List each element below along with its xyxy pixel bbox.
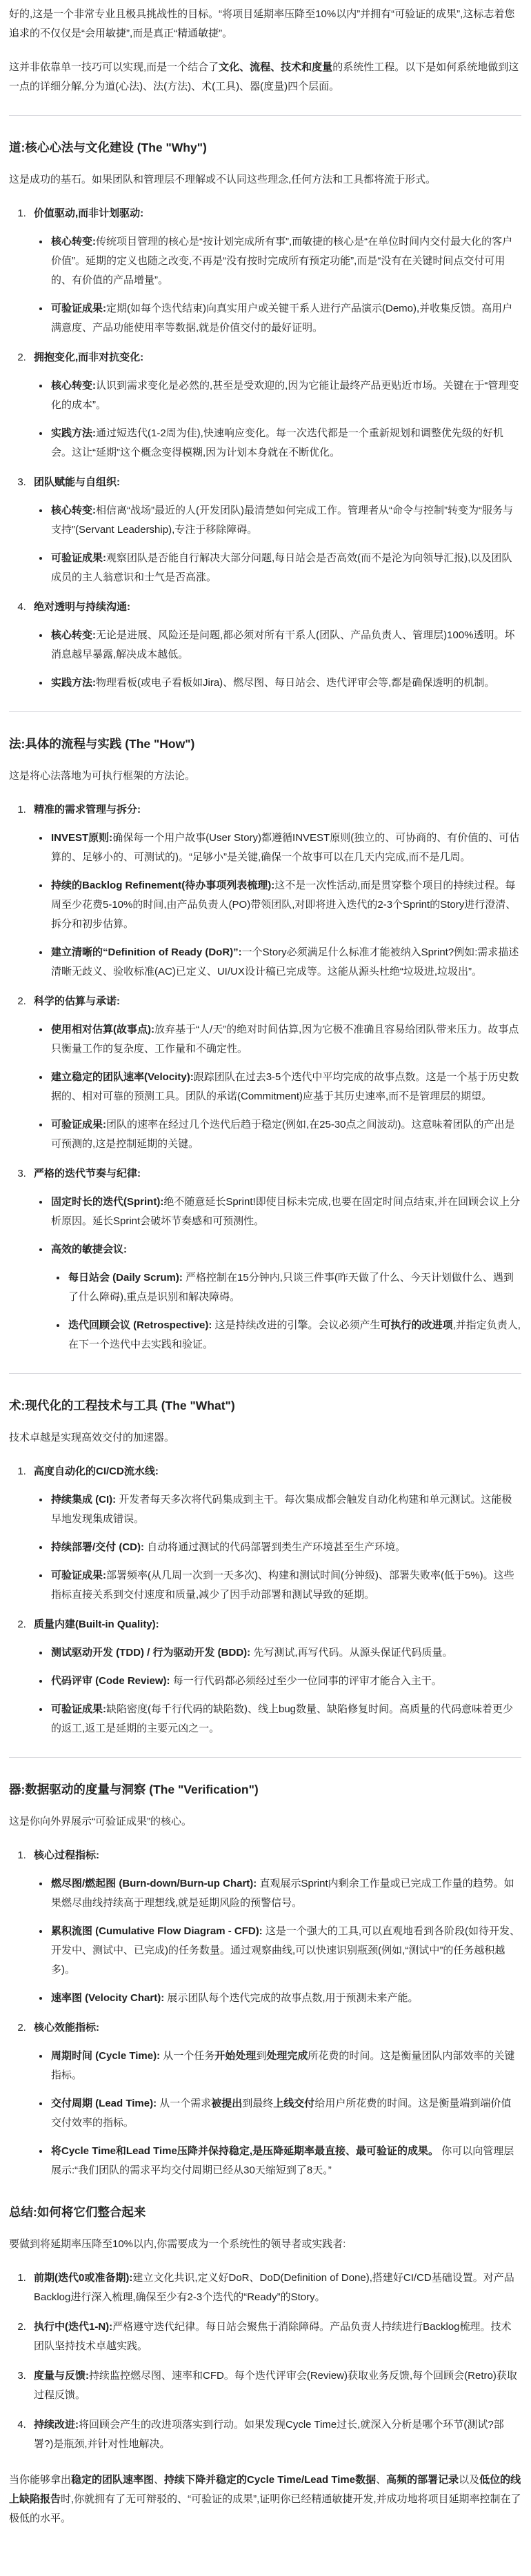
- list-item-text: 测试驱动开发 (TDD) / 行为驱动开发 (BDD): 先写测试,再写代码。从…: [51, 1647, 452, 1659]
- text-segment: 这是持续改进的引擎。会议必须产生: [215, 1319, 381, 1331]
- list-item-text: 度量与反馈:持续监控燃尽图、速率和CFD。每个迭代评审会(Review)获取业务…: [34, 2370, 517, 2401]
- bold-text: 高频的部署记录: [386, 2474, 459, 2486]
- ordered-list: 高度自动化的CI/CD流水线:持续集成 (CI): 开发者每天多次将代码集成到主…: [9, 1462, 521, 1738]
- bold-text: 拥抱变化,而非对抗变化:: [34, 352, 143, 363]
- text-segment: 开发者每天多次将代码集成到主干。每次集成都会触发自动化构建和单元测试。这能极早地…: [51, 1494, 512, 1525]
- section-heading: 道:核心心法与文化建设 (The "Why"): [9, 139, 521, 156]
- list-item: 绝对透明与持续沟通:核心转变:无论是进展、风险还是问题,都必须对所有干系人(团队…: [29, 598, 521, 693]
- bold-text: 上线交付: [273, 2098, 314, 2109]
- list-item-text: 核心转变:无论是进展、风险还是问题,都必须对所有干系人(团队、产品负责人、管理层…: [51, 629, 515, 660]
- text-segment: 定期(如每个迭代结束)向真实用户或关键干系人进行产品演示(Demo),并收集反馈…: [51, 303, 512, 334]
- text-segment: 每一行代码都必须经过至少一位同事的评审才能合入主干。: [173, 1675, 442, 1687]
- bullet-item: 可验证成果:团队的速率在经过几个迭代后趋于稳定(例如,在25-30点之间波动)。…: [50, 1115, 521, 1154]
- bullet-item: 实践方法:物理看板(或电子看板如Jira)、燃尽图、每日站会、迭代评审会等,都是…: [50, 673, 521, 693]
- bold-text: 度量与反馈:: [34, 2370, 89, 2382]
- paragraph: 技术卓越是实现高效交付的加速器。: [9, 1428, 521, 1448]
- bold-text: 可验证成果:: [51, 552, 106, 564]
- bullet-item: 可验证成果:部署频率(从几周一次到一天多次)、构建和测试时间(分钟级)、部署失败…: [50, 1566, 521, 1605]
- list-item: 核心效能指标:周期时间 (Cycle Time): 从一个任务开始处理到处理完成…: [29, 2018, 521, 2180]
- text-segment: 团队的速率在经过几个迭代后趋于稳定(例如,在25-30点之间波动)。这意味着团队…: [51, 1119, 515, 1150]
- text-segment: 缺陷密度(每千行代码的缺陷数)、线上bug数量、缺陷修复时间。高质量的代码意味着…: [51, 1703, 513, 1734]
- bullet-item: INVEST原则:确保每一个用户故事(User Story)都遵循INVEST原…: [50, 829, 521, 867]
- paragraph: 好的,这是一个非常专业且极具挑战性的目标。“将项目延期率压降至10%以内”并拥有…: [9, 5, 521, 43]
- text-segment: 确保每一个用户故事(User Story)都遵循INVEST原则(独立的、可协商…: [51, 832, 519, 863]
- bold-text: 团队赋能与自组织:: [34, 476, 120, 488]
- bullet-item: 核心转变:无论是进展、风险还是问题,都必须对所有干系人(团队、产品负责人、管理层…: [50, 626, 521, 665]
- list-item-text: 使用相对估算(故事点):放弃基于“人/天”的绝对时间估算,因为它极不准确且容易给…: [51, 1024, 519, 1055]
- list-item-text: 持续部署/交付 (CD): 自动将通过测试的代码部署到类生产环境甚至生产环境。: [51, 1541, 405, 1553]
- list-item-text: 速率图 (Velocity Chart): 展示团队每个迭代完成的故事点数,用于…: [51, 1992, 419, 2004]
- bold-text: 实践方法:: [51, 427, 96, 439]
- bullet-item: 使用相对估算(故事点):放弃基于“人/天”的绝对时间估算,因为它极不准确且容易给…: [50, 1020, 521, 1059]
- bullet-item: 核心转变:认识到需求变化是必然的,甚至是受欢迎的,因为它能让最终产品更贴近市场。…: [50, 376, 521, 415]
- document: 好的,这是一个非常专业且极具挑战性的目标。“将项目延期率压降至10%以内”并拥有…: [0, 0, 531, 2576]
- text-segment: 相信离“战场”最近的人(开发团队)最清楚如何完成工作。管理者从“命令与控制”转变…: [51, 505, 513, 536]
- text-segment: 传统项目管理的核心是“按计划完成所有事”,而敏捷的核心是“在单位时间内交付最大化…: [51, 236, 512, 286]
- bold-text: 核心转变:: [51, 629, 96, 641]
- bold-text: 持续改进:: [34, 2419, 79, 2431]
- bold-text: 前期(迭代0或准备期):: [34, 2272, 132, 2284]
- bullet-list: 核心转变:认识到需求变化是必然的,甚至是受欢迎的,因为它能让最终产品更贴近市场。…: [34, 376, 521, 463]
- list-item-text: 持续改进:将回顾会产生的改进项落实到行动。如果发现Cycle Time过长,就深…: [34, 2419, 504, 2450]
- list-item-text: 严格的迭代节奏与纪律:: [34, 1168, 141, 1179]
- text-segment: 总结:如何将它们整合起来: [9, 2205, 146, 2219]
- bold-text: 核心过程指标:: [34, 1849, 99, 1861]
- text-segment: 从一个任务: [163, 2050, 214, 2062]
- text-segment: 持续监控燃尽图、速率和CFD。每个迭代评审会(Review)获取业务反馈,每个回…: [34, 2370, 517, 2401]
- bold-text: 可验证成果:: [51, 1119, 106, 1130]
- list-item-text: 实践方法:通过短迭代(1-2周为佳),快速响应变化。每一次迭代都是一个重新规划和…: [51, 427, 503, 458]
- paragraph: 这是将心法落地为可执行框架的方法论。: [9, 767, 521, 786]
- bold-text: 交付周期 (Lead Time):: [51, 2098, 159, 2109]
- bullet-item: 建立稳定的团队速率(Velocity):跟踪团队在过去3-5个迭代中平均完成的故…: [50, 1068, 521, 1106]
- text-segment: 、: [376, 2474, 386, 2486]
- list-item-text: 可验证成果:缺陷密度(每千行代码的缺陷数)、线上bug数量、缺陷修复时间。高质量…: [51, 1703, 513, 1734]
- list-item-text: 实践方法:物理看板(或电子看板如Jira)、燃尽图、每日站会、迭代评审会等,都是…: [51, 677, 494, 689]
- bold-text: 处理完成: [266, 2050, 308, 2062]
- bullet-item: 速率图 (Velocity Chart): 展示团队每个迭代完成的故事点数,用于…: [50, 1989, 521, 2008]
- list-item-text: 拥抱变化,而非对抗变化:: [34, 352, 143, 363]
- list-item-text: 核心转变:认识到需求变化是必然的,甚至是受欢迎的,因为它能让最终产品更贴近市场。…: [51, 380, 519, 411]
- list-item-text: 可验证成果:观察团队是否能自行解决大部分问题,每日站会是否高效(而不是沦为向领导…: [51, 552, 512, 583]
- text-segment: 无论是进展、风险还是问题,都必须对所有干系人(团队、产品负责人、管理层)100%…: [51, 629, 515, 660]
- bullet-item: 迭代回顾会议 (Retrospective): 这是持续改进的引擎。会议必须产生…: [67, 1316, 521, 1355]
- bold-text: 每日站会 (Daily Scrum):: [68, 1272, 186, 1284]
- list-item-text: 质量内建(Built-in Quality):: [34, 1619, 159, 1630]
- bullet-list: 持续集成 (CI): 开发者每天多次将代码集成到主干。每次集成都会触发自动化构建…: [34, 1490, 521, 1605]
- list-item-text: 周期时间 (Cycle Time): 从一个任务开始处理到处理完成所花费的时间。…: [51, 2050, 514, 2081]
- bold-text: 绝对透明与持续沟通:: [34, 601, 130, 613]
- bullet-item: 核心转变:传统项目管理的核心是“按计划完成所有事”,而敏捷的核心是“在单位时间内…: [50, 232, 521, 290]
- bullet-item: 可验证成果:观察团队是否能自行解决大部分问题,每日站会是否高效(而不是沦为向领导…: [50, 549, 521, 587]
- paragraph: 这是成功的基石。如果团队和管理层不理解或不认同这些理念,任何方法和工具都将流于形…: [9, 170, 521, 190]
- list-item-text: 核心转变:传统项目管理的核心是“按计划完成所有事”,而敏捷的核心是“在单位时间内…: [51, 236, 512, 286]
- bold-text: 科学的估算与承诺:: [34, 995, 120, 1007]
- bullet-list: 每日站会 (Daily Scrum): 严格控制在15分钟内,只谈三件事(昨天做…: [51, 1268, 521, 1355]
- bold-text: 核心转变:: [51, 236, 96, 247]
- bold-text: 持续集成 (CI):: [51, 1494, 119, 1505]
- list-item-text: 持续集成 (CI): 开发者每天多次将代码集成到主干。每次集成都会触发自动化构建…: [51, 1494, 512, 1525]
- ordered-list: 前期(迭代0或准备期):建立文化共识,定义好DoR、DoD(Definition…: [9, 2269, 521, 2454]
- bold-text: 稳定的团队速率图: [71, 2474, 154, 2486]
- text-segment: 这并非依靠单一技巧可以实现,而是一个结合了: [9, 61, 219, 73]
- text-segment: 要做到将延期率压降至10%以内,你需要成为一个系统性的领导者或实践者:: [9, 2238, 345, 2250]
- text-segment: 将回顾会产生的改进项落实到行动。如果发现Cycle Time过长,就深入分析是哪…: [34, 2419, 504, 2450]
- bullet-item: 核心转变:相信离“战场”最近的人(开发团队)最清楚如何完成工作。管理者从“命令与…: [50, 501, 521, 540]
- list-item-text: 迭代回顾会议 (Retrospective): 这是持续改进的引擎。会议必须产生…: [68, 1319, 521, 1350]
- list-item-text: 累积流图 (Cumulative Flow Diagram - CFD): 这是…: [51, 1925, 520, 1976]
- bullet-list: 测试驱动开发 (TDD) / 行为驱动开发 (BDD): 先写测试,再写代码。从…: [34, 1643, 521, 1738]
- text-segment: 当你能够拿出: [9, 2474, 71, 2486]
- bullet-item: 可验证成果:缺陷密度(每千行代码的缺陷数)、线上bug数量、缺陷修复时间。高质量…: [50, 1700, 521, 1738]
- bold-text: 速率图 (Velocity Chart):: [51, 1992, 167, 2004]
- list-item-text: 每日站会 (Daily Scrum): 严格控制在15分钟内,只谈三件事(昨天做…: [68, 1272, 514, 1303]
- bold-text: 可验证成果:: [51, 1570, 106, 1581]
- text-segment: 道:核心心法与文化建设 (The "Why"): [9, 141, 207, 154]
- list-item: 拥抱变化,而非对抗变化:核心转变:认识到需求变化是必然的,甚至是受欢迎的,因为它…: [29, 348, 521, 463]
- list-item: 持续改进:将回顾会产生的改进项落实到行动。如果发现Cycle Time过长,就深…: [29, 2415, 521, 2454]
- text-segment: 部署频率(从几周一次到一天多次)、构建和测试时间(分钟级)、部署失败率(低于5%…: [51, 1570, 514, 1601]
- list-item-text: 持续的Backlog Refinement(待办事项列表梳理):这不是一次性活动…: [51, 880, 516, 930]
- ordered-list: 价值驱动,而非计划驱动:核心转变:传统项目管理的核心是“按计划完成所有事”,而敏…: [9, 204, 521, 693]
- list-item-text: 建立清晰的“Definition of Ready (DoR)”:一个Story…: [51, 946, 519, 977]
- bold-text: 高度自动化的CI/CD流水线:: [34, 1466, 159, 1477]
- text-segment: 自动将通过测试的代码部署到类生产环境甚至生产环境。: [147, 1541, 405, 1553]
- bullet-item: 燃尽图/燃起图 (Burn-down/Burn-up Chart): 直观展示S…: [50, 1874, 521, 1913]
- text-segment: 从一个需求: [159, 2098, 211, 2109]
- list-item-text: 可验证成果:部署频率(从几周一次到一天多次)、构建和测试时间(分钟级)、部署失败…: [51, 1570, 514, 1601]
- bold-text: 核心转变:: [51, 505, 96, 516]
- text-segment: 到最终: [242, 2098, 273, 2109]
- bullet-item: 实践方法:通过短迭代(1-2周为佳),快速响应变化。每一次迭代都是一个重新规划和…: [50, 424, 521, 463]
- bullet-item: 高效的敏捷会议:每日站会 (Daily Scrum): 严格控制在15分钟内,只…: [50, 1240, 521, 1355]
- bold-text: 可验证成果:: [51, 303, 106, 314]
- list-item-text: 价值驱动,而非计划驱动:: [34, 207, 143, 219]
- bold-text: 严格的迭代节奏与纪律:: [34, 1168, 141, 1179]
- list-item-text: 核心效能指标:: [34, 2022, 99, 2034]
- bold-text: 代码评审 (Code Review):: [51, 1675, 173, 1687]
- bullet-item: 交付周期 (Lead Time): 从一个需求被提出到最终上线交付给用户所花费的…: [50, 2094, 521, 2133]
- list-item: 严格的迭代节奏与纪律:固定时长的迭代(Sprint):绝不随意延长Sprint!…: [29, 1164, 521, 1355]
- text-segment: 展示团队每个迭代完成的故事点数,用于预测未来产能。: [167, 1992, 418, 2004]
- section-heading: 术:现代化的工程技术与工具 (The "What"): [9, 1397, 521, 1414]
- text-segment: 观察团队是否能自行解决大部分问题,每日站会是否高效(而不是沦为向领导汇报),以及…: [51, 552, 512, 583]
- bold-text: 高效的敏捷会议:: [51, 1244, 127, 1255]
- list-item: 质量内建(Built-in Quality):测试驱动开发 (TDD) / 行为…: [29, 1615, 521, 1738]
- list-item: 核心过程指标:燃尽图/燃起图 (Burn-down/Burn-up Chart)…: [29, 1846, 521, 2008]
- bold-text: 执行中(迭代1-N):: [34, 2321, 112, 2333]
- bullet-item: 周期时间 (Cycle Time): 从一个任务开始处理到处理完成所花费的时间。…: [50, 2047, 521, 2085]
- bullet-item: 每日站会 (Daily Scrum): 严格控制在15分钟内,只谈三件事(昨天做…: [67, 1268, 521, 1307]
- bold-text: 持续下降并稳定的Cycle Time/Lead Time数据: [164, 2474, 376, 2486]
- list-item-text: 交付周期 (Lead Time): 从一个需求被提出到最终上线交付给用户所花费的…: [51, 2098, 511, 2129]
- bullet-list: 固定时长的迭代(Sprint):绝不随意延长Sprint!即使目标未完成,也要在…: [34, 1193, 521, 1355]
- list-item-text: 将Cycle Time和Lead Time压降并保持稳定,是压降延期率最直接、最…: [51, 2145, 514, 2176]
- divider: [9, 1757, 521, 1758]
- bold-text: 质量内建(Built-in Quality):: [34, 1619, 159, 1630]
- list-item-text: 核心转变:相信离“战场”最近的人(开发团队)最清楚如何完成工作。管理者从“命令与…: [51, 505, 513, 536]
- list-item-text: 高效的敏捷会议:: [51, 1244, 127, 1255]
- text-segment: 先写测试,再写代码。从源头保证代码质量。: [253, 1647, 452, 1659]
- bullet-list: 核心转变:无论是进展、风险还是问题,都必须对所有干系人(团队、产品负责人、管理层…: [34, 626, 521, 693]
- text-segment: 通过短迭代(1-2周为佳),快速响应变化。每一次迭代都是一个重新规划和调整优先级…: [51, 427, 503, 458]
- list-item-text: 高度自动化的CI/CD流水线:: [34, 1466, 159, 1477]
- list-item-text: 可验证成果:团队的速率在经过几个迭代后趋于稳定(例如,在25-30点之间波动)。…: [51, 1119, 515, 1150]
- bold-text: 核心效能指标:: [34, 2022, 99, 2034]
- bold-text: 将Cycle Time和Lead Time压降并保持稳定,是压降延期率最直接、最…: [51, 2145, 439, 2157]
- list-item: 前期(迭代0或准备期):建立文化共识,定义好DoR、DoD(Definition…: [29, 2269, 521, 2307]
- list-item-text: 精准的需求管理与拆分:: [34, 804, 141, 815]
- list-item-text: 核心过程指标:: [34, 1849, 99, 1861]
- text-segment: 物理看板(或电子看板如Jira)、燃尽图、每日站会、迭代评审会等,都是确保透明的…: [96, 677, 494, 689]
- list-item: 执行中(迭代1-N):严格遵守迭代纪律。每日站会聚焦于消除障碍。产品负责人持续进…: [29, 2318, 521, 2356]
- bold-text: 累积流图 (Cumulative Flow Diagram - CFD):: [51, 1925, 265, 1937]
- text-segment: 这是你向外界展示“可验证成果”的核心。: [9, 1816, 192, 1827]
- bullet-item: 持续的Backlog Refinement(待办事项列表梳理):这不是一次性活动…: [50, 876, 521, 934]
- list-item: 科学的估算与承诺:使用相对估算(故事点):放弃基于“人/天”的绝对时间估算,因为…: [29, 992, 521, 1154]
- bold-text: 核心转变:: [51, 380, 96, 392]
- bold-text: 燃尽图/燃起图 (Burn-down/Burn-up Chart):: [51, 1878, 259, 1889]
- text-segment: 认识到需求变化是必然的,甚至是受欢迎的,因为它能让最终产品更贴近市场。关键在于“…: [51, 380, 519, 411]
- bullet-list: INVEST原则:确保每一个用户故事(User Story)都遵循INVEST原…: [34, 829, 521, 982]
- list-item-text: 执行中(迭代1-N):严格遵守迭代纪律。每日站会聚焦于消除障碍。产品负责人持续进…: [34, 2321, 512, 2352]
- list-item: 高度自动化的CI/CD流水线:持续集成 (CI): 开发者每天多次将代码集成到主…: [29, 1462, 521, 1605]
- bold-text: 周期时间 (Cycle Time):: [51, 2050, 163, 2062]
- bold-text: 文化、流程、技术和度量: [219, 61, 332, 73]
- text-segment: 器:数据驱动的度量与洞察 (The "Verification"): [9, 1783, 259, 1796]
- bold-text: 固定时长的迭代(Sprint):: [51, 1196, 163, 1208]
- list-item-text: 绝对透明与持续沟通:: [34, 601, 130, 613]
- bullet-item: 固定时长的迭代(Sprint):绝不随意延长Sprint!即使目标未完成,也要在…: [50, 1193, 521, 1231]
- section-heading: 法:具体的流程与实践 (The "How"): [9, 735, 521, 753]
- section-heading: 总结:如何将它们整合起来: [9, 2203, 521, 2221]
- bold-text: 被提出: [211, 2098, 242, 2109]
- list-item-text: 团队赋能与自组织:: [34, 476, 120, 488]
- bullet-item: 将Cycle Time和Lead Time压降并保持稳定,是压降延期率最直接、最…: [50, 2142, 521, 2180]
- bold-text: 建立稳定的团队速率(Velocity):: [51, 1071, 194, 1083]
- text-segment: 以及: [459, 2474, 479, 2486]
- bold-text: 开始处理: [214, 2050, 256, 2062]
- bullet-list: 核心转变:相信离“战场”最近的人(开发团队)最清楚如何完成工作。管理者从“命令与…: [34, 501, 521, 587]
- bold-text: 精准的需求管理与拆分:: [34, 804, 141, 815]
- bullet-list: 使用相对估算(故事点):放弃基于“人/天”的绝对时间估算,因为它极不准确且容易给…: [34, 1020, 521, 1154]
- divider: [9, 1373, 521, 1374]
- list-item-text: 代码评审 (Code Review): 每一行代码都必须经过至少一位同事的评审才…: [51, 1675, 442, 1687]
- paragraph: 当你能够拿出稳定的团队速率图、持续下降并稳定的Cycle Time/Lead T…: [9, 2471, 521, 2528]
- list-item-text: 前期(迭代0或准备期):建立文化共识,定义好DoR、DoD(Definition…: [34, 2272, 514, 2303]
- bold-text: 测试驱动开发 (TDD) / 行为驱动开发 (BDD):: [51, 1647, 253, 1659]
- divider: [9, 711, 521, 712]
- bullet-item: 建立清晰的“Definition of Ready (DoR)”:一个Story…: [50, 943, 521, 982]
- text-segment: 好的,这是一个非常专业且极具挑战性的目标。“将项目延期率压降至10%以内”并拥有…: [9, 8, 514, 39]
- paragraph: 要做到将延期率压降至10%以内,你需要成为一个系统性的领导者或实践者:: [9, 2235, 521, 2254]
- bold-text: 持续部署/交付 (CD):: [51, 1541, 147, 1553]
- bullet-item: 测试驱动开发 (TDD) / 行为驱动开发 (BDD): 先写测试,再写代码。从…: [50, 1643, 521, 1663]
- list-item-text: 科学的估算与承诺:: [34, 995, 120, 1007]
- text-segment: 这是将心法落地为可执行框架的方法论。: [9, 770, 195, 782]
- text-segment: 这是成功的基石。如果团队和管理层不理解或不认同这些理念,任何方法和工具都将流于形…: [9, 174, 436, 185]
- section-heading: 器:数据驱动的度量与洞察 (The "Verification"): [9, 1781, 521, 1798]
- text-segment: 、: [154, 2474, 164, 2486]
- text-segment: 技术卓越是实现高效交付的加速器。: [9, 1432, 174, 1443]
- bold-text: 持续的Backlog Refinement(待办事项列表梳理):: [51, 880, 274, 891]
- text-segment: 到: [256, 2050, 266, 2062]
- bullet-list: 核心转变:传统项目管理的核心是“按计划完成所有事”,而敏捷的核心是“在单位时间内…: [34, 232, 521, 338]
- bold-text: 可执行的改进项: [381, 1319, 453, 1331]
- bullet-item: 代码评审 (Code Review): 每一行代码都必须经过至少一位同事的评审才…: [50, 1672, 521, 1691]
- text-segment: 术:现代化的工程技术与工具 (The "What"): [9, 1399, 235, 1412]
- paragraph: 这是你向外界展示“可验证成果”的核心。: [9, 1812, 521, 1832]
- bullet-item: 持续部署/交付 (CD): 自动将通过测试的代码部署到类生产环境甚至生产环境。: [50, 1538, 521, 1557]
- list-item-text: 固定时长的迭代(Sprint):绝不随意延长Sprint!即使目标未完成,也要在…: [51, 1196, 520, 1227]
- list-item: 团队赋能与自组织:核心转变:相信离“战场”最近的人(开发团队)最清楚如何完成工作…: [29, 473, 521, 587]
- list-item: 精准的需求管理与拆分:INVEST原则:确保每一个用户故事(User Story…: [29, 800, 521, 982]
- bold-text: INVEST原则:: [51, 832, 112, 844]
- list-item-text: INVEST原则:确保每一个用户故事(User Story)都遵循INVEST原…: [51, 832, 519, 863]
- text-segment: 法:具体的流程与实践 (The "How"): [9, 737, 194, 751]
- paragraph: 这并非依靠单一技巧可以实现,而是一个结合了文化、流程、技术和度量的系统性工程。以…: [9, 58, 521, 97]
- bold-text: 实践方法:: [51, 677, 96, 689]
- bullet-list: 周期时间 (Cycle Time): 从一个任务开始处理到处理完成所花费的时间。…: [34, 2047, 521, 2180]
- bold-text: 建立清晰的“Definition of Ready (DoR)”:: [51, 946, 242, 958]
- list-item-text: 可验证成果:定期(如每个迭代结束)向真实用户或关键干系人进行产品演示(Demo)…: [51, 303, 512, 334]
- text-segment: 时,你就拥有了无可辩驳的、“可验证的成果”,证明你已经精通敏捷开发,并成功地将项…: [9, 2493, 521, 2524]
- bullet-list: 燃尽图/燃起图 (Burn-down/Burn-up Chart): 直观展示S…: [34, 1874, 521, 2008]
- list-item: 度量与反馈:持续监控燃尽图、速率和CFD。每个迭代评审会(Review)获取业务…: [29, 2366, 521, 2405]
- bold-text: 价值驱动,而非计划驱动:: [34, 207, 143, 219]
- ordered-list: 核心过程指标:燃尽图/燃起图 (Burn-down/Burn-up Chart)…: [9, 1846, 521, 2180]
- divider: [9, 115, 521, 116]
- bold-text: 使用相对估算(故事点):: [51, 1024, 154, 1035]
- list-item-text: 燃尽图/燃起图 (Burn-down/Burn-up Chart): 直观展示S…: [51, 1878, 514, 1909]
- bullet-item: 累积流图 (Cumulative Flow Diagram - CFD): 这是…: [50, 1922, 521, 1980]
- bold-text: 可验证成果:: [51, 1703, 106, 1715]
- list-item-text: 建立稳定的团队速率(Velocity):跟踪团队在过去3-5个迭代中平均完成的故…: [51, 1071, 519, 1102]
- bullet-item: 可验证成果:定期(如每个迭代结束)向真实用户或关键干系人进行产品演示(Demo)…: [50, 299, 521, 338]
- ordered-list: 精准的需求管理与拆分:INVEST原则:确保每一个用户故事(User Story…: [9, 800, 521, 1355]
- bullet-item: 持续集成 (CI): 开发者每天多次将代码集成到主干。每次集成都会触发自动化构建…: [50, 1490, 521, 1529]
- list-item: 价值驱动,而非计划驱动:核心转变:传统项目管理的核心是“按计划完成所有事”,而敏…: [29, 204, 521, 338]
- bold-text: 迭代回顾会议 (Retrospective):: [68, 1319, 215, 1331]
